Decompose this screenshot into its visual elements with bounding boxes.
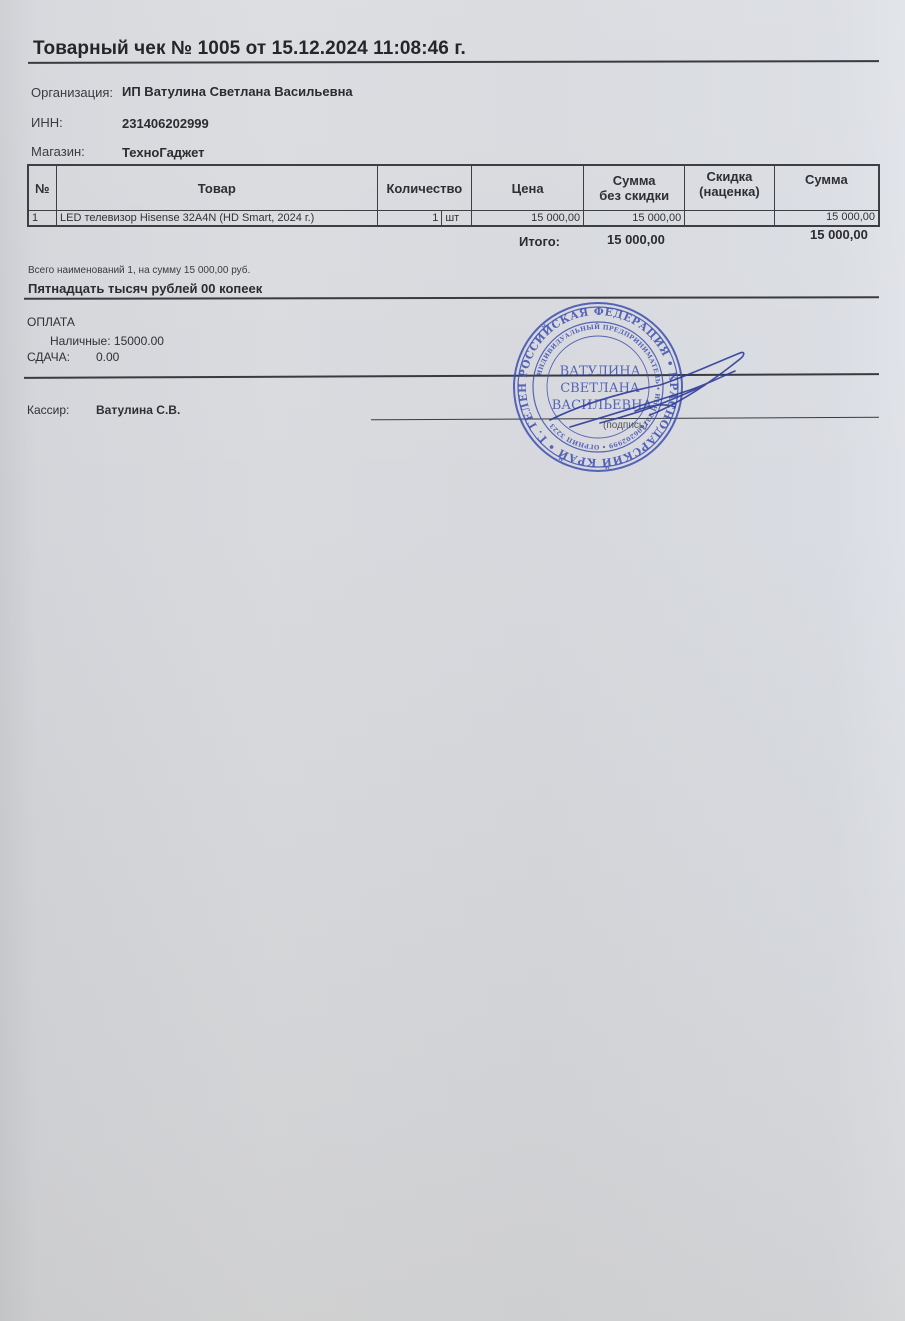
cell-num: 1: [28, 211, 57, 227]
header-price: Цена: [472, 165, 584, 211]
store-label: Магазин:: [31, 144, 85, 159]
inn-label: ИНН:: [31, 115, 63, 130]
total-label: Итого:: [519, 234, 560, 249]
cell-sum-no-discount: 15 000,00: [584, 211, 685, 227]
change-value: 0.00: [96, 350, 119, 364]
cashier-name: Ватулина С.В.: [96, 403, 180, 417]
header-quantity: Количество: [377, 165, 472, 211]
total-sum-value: 15 000,00: [810, 227, 868, 242]
header-sum: Сумма: [774, 165, 879, 211]
receipt-title: Товарный чек № 1005 от 15.12.2024 11:08:…: [33, 38, 466, 60]
cell-sum: 15 000,00: [774, 211, 879, 227]
header-sum-no-discount: Сумма без скидки: [584, 165, 685, 211]
header-sum-no-discount-line1: Сумма: [586, 173, 682, 188]
payment-heading: ОПЛАТА: [27, 315, 75, 329]
payment-cash: Наличные: 15000.00: [50, 334, 164, 348]
header-discount-line2: (наценка): [687, 184, 771, 199]
payment-divider: [24, 373, 879, 379]
organization-value: ИП Ватулина Светлана Васильевна: [122, 84, 353, 99]
header-discount-line1: Скидка: [687, 169, 771, 184]
store-value: ТехноГаджет: [122, 145, 205, 160]
cashier-label: Кассир:: [27, 403, 69, 417]
header-product: Товар: [57, 165, 378, 211]
seal-stamp-icon: РОССИЙСКАЯ ФЕДЕРАЦИЯ • КРАСНОДАРСКИЙ КРА…: [512, 300, 684, 475]
svg-text:РОССИЙСКАЯ ФЕДЕРАЦИЯ • КРАСНОД: РОССИЙСКАЯ ФЕДЕРАЦИЯ • КРАСНОДАРСКИЙ КРА…: [512, 300, 679, 471]
table-header-row: № Товар Количество Цена Сумма без скидки…: [28, 165, 879, 211]
items-summary: Всего наименований 1, на сумму 15 000,00…: [28, 265, 250, 276]
inn-value: 231406202999: [122, 116, 209, 131]
header-num: №: [28, 165, 57, 211]
items-table: № Товар Количество Цена Сумма без скидки…: [27, 164, 880, 227]
cell-discount: [685, 211, 774, 227]
cell-qty: 1: [377, 211, 442, 227]
change-label: СДАЧА:: [27, 350, 70, 364]
amount-divider: [24, 296, 879, 299]
table-row: 1 LED телевизор Hisense 32A4N (HD Smart,…: [28, 211, 879, 227]
cell-price: 15 000,00: [472, 211, 584, 227]
amount-in-words: Пятнадцать тысяч рублей 00 копеек: [28, 281, 262, 296]
header-discount: Скидка (наценка): [685, 165, 774, 211]
header-sum-no-discount-line2: без скидки: [586, 188, 682, 203]
title-divider: [28, 60, 879, 64]
svg-text:ВАТУЛИНА: ВАТУЛИНА: [560, 364, 641, 379]
svg-text:ВАСИЛЬЕВНА: ВАСИЛЬЕВНА: [552, 398, 653, 413]
organization-label: Организация:: [31, 85, 113, 100]
signature-caption: (подпись): [603, 420, 647, 431]
total-value: 15 000,00: [607, 232, 665, 247]
cell-unit: шт: [442, 211, 472, 227]
svg-text:СВЕТЛАНА: СВЕТЛАНА: [560, 381, 640, 396]
cell-product: LED телевизор Hisense 32A4N (HD Smart, 2…: [57, 211, 378, 227]
